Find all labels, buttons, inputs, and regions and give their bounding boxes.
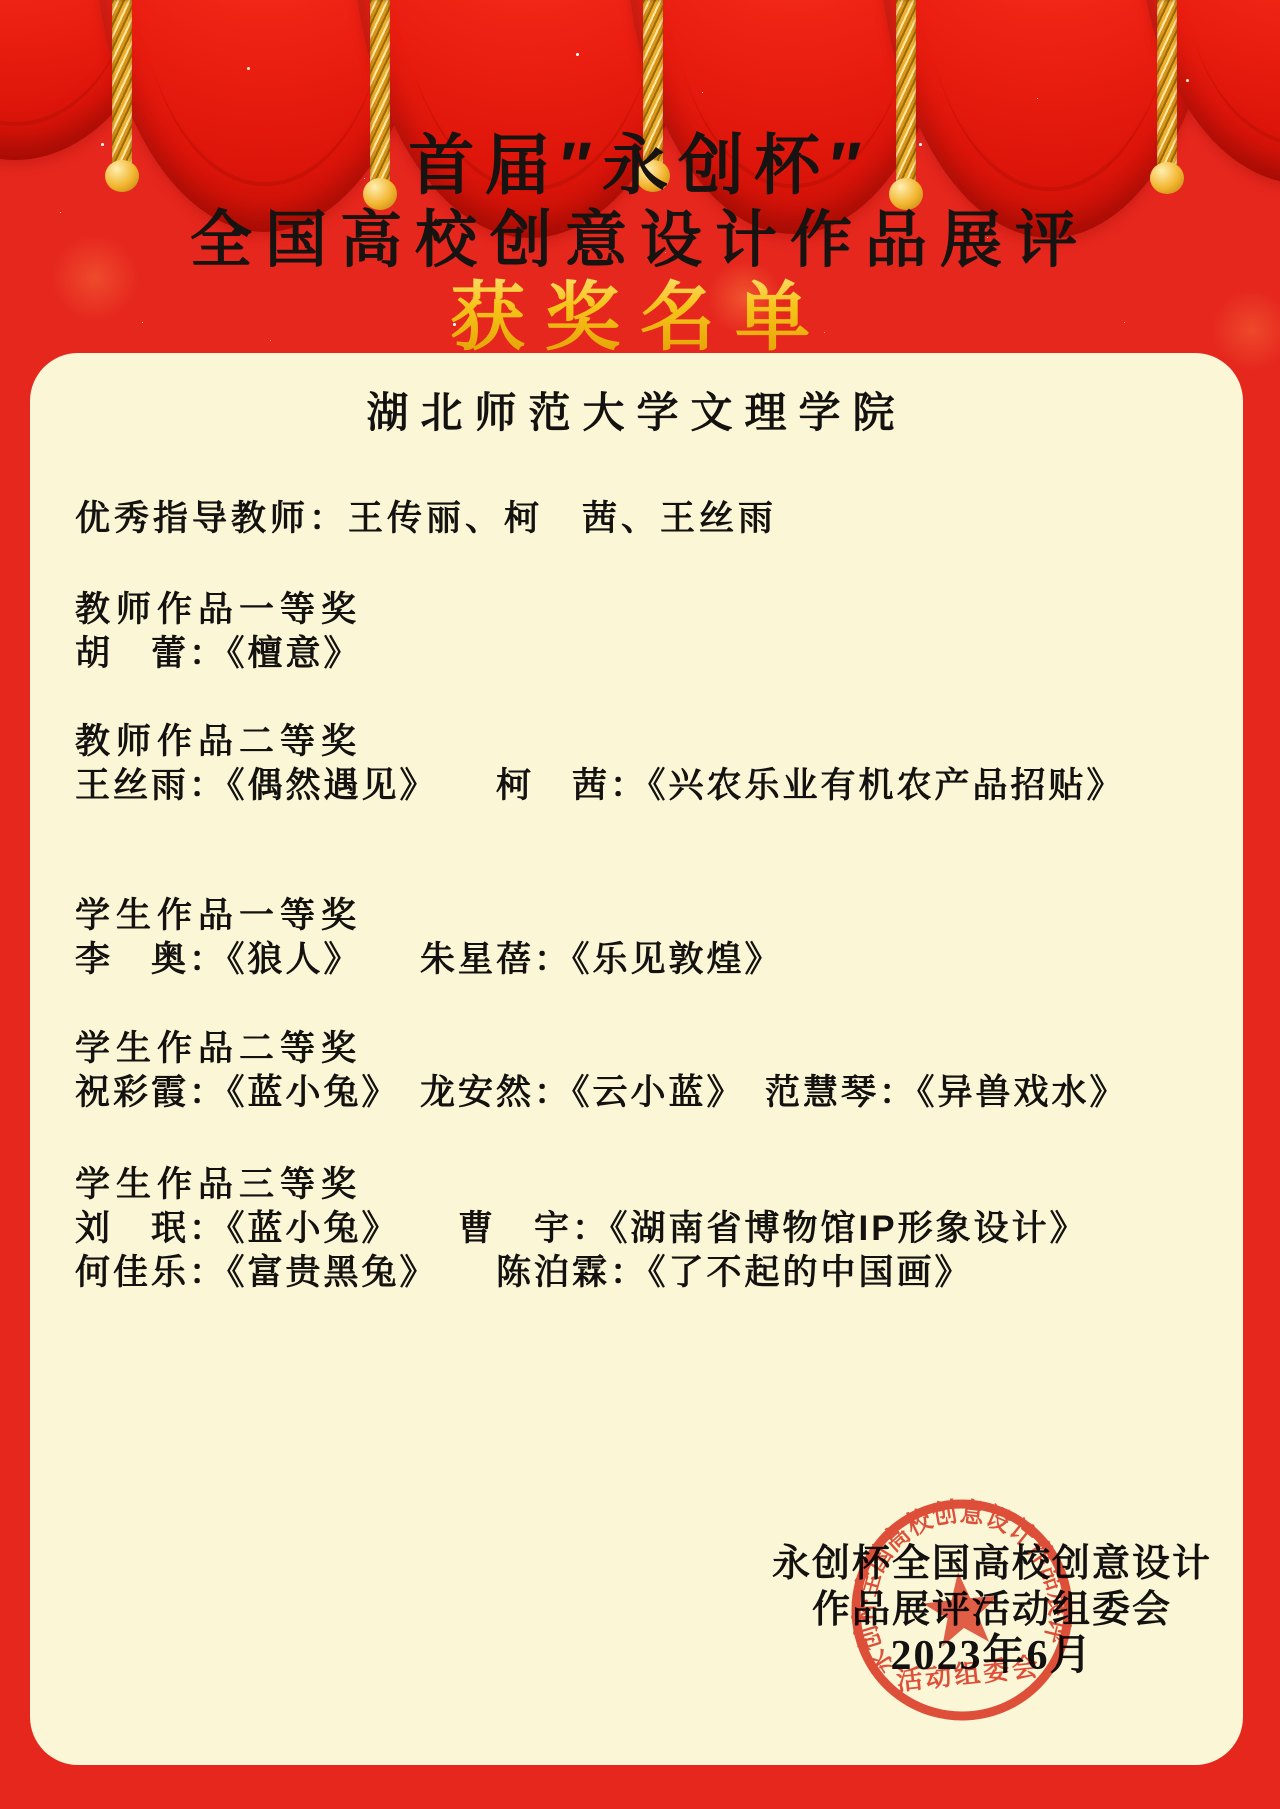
winner-line: 李 奥：《狼人》 朱星蓓：《乐见敦煌》 [75, 939, 1198, 981]
advisors-line: 优秀指导教师：王传丽、柯 茜、王丝雨 [75, 499, 1198, 539]
section-teacher-first-prize: 教师作品一等奖 胡 蕾：《檀意》 [75, 589, 1198, 675]
section-title: 教师作品一等奖 [75, 589, 1198, 631]
section-student-first-prize: 学生作品一等奖 李 奥：《狼人》 朱星蓓：《乐见敦煌》 [75, 895, 1198, 981]
section-student-second-prize: 学生作品二等奖 祝彩霞：《蓝小兔》 龙安然：《云小蓝》 范慧琴：《异兽戏水》 [75, 1028, 1198, 1114]
section-student-third-prize: 学生作品三等奖 刘 珉：《蓝小兔》 曹 宇：《湖南省博物馆IP形象设计》 何佳乐… [75, 1164, 1198, 1294]
section-title: 学生作品三等奖 [75, 1164, 1198, 1206]
stamp-center-text: 活动组委会 [895, 1651, 1042, 1696]
school-name: 湖北师范大学文理学院 [75, 389, 1198, 437]
winner-line: 祝彩霞：《蓝小兔》 龙安然：《云小蓝》 范慧琴：《异兽戏水》 [75, 1072, 1198, 1114]
official-stamp: 永创杯全国高校创意设计作品展评 活动组委会 [830, 1478, 1094, 1742]
stamp-star-icon [920, 1568, 1003, 1648]
section-title: 学生作品二等奖 [75, 1028, 1198, 1070]
award-poster: 首届″永创杯″ 全国高校创意设计作品展评 获奖名单 湖北师范大学文理学院 优秀指… [0, 0, 1280, 1809]
section-title: 教师作品二等奖 [75, 721, 1198, 763]
winner-line: 胡 蕾：《檀意》 [75, 633, 1198, 675]
award-panel: 湖北师范大学文理学院 优秀指导教师：王传丽、柯 茜、王丝雨 教师作品一等奖 胡 … [30, 353, 1243, 1765]
winner-line: 刘 珉：《蓝小兔》 曹 宇：《湖南省博物馆IP形象设计》 [75, 1208, 1198, 1250]
award-list-title: 获奖名单 [0, 258, 1280, 365]
section-title: 学生作品一等奖 [75, 895, 1198, 937]
section-teacher-second-prize: 教师作品二等奖 王丝雨：《偶然遇见》 柯 茜：《兴农乐业有机农产品招贴》 [75, 721, 1198, 807]
winner-line: 何佳乐：《富贵黑兔》 陈泊霖：《了不起的中国画》 [75, 1252, 1198, 1294]
winner-line: 王丝雨：《偶然遇见》 柯 茜：《兴农乐业有机农产品招贴》 [75, 765, 1198, 807]
sparkle-dots [0, 0, 5, 5]
